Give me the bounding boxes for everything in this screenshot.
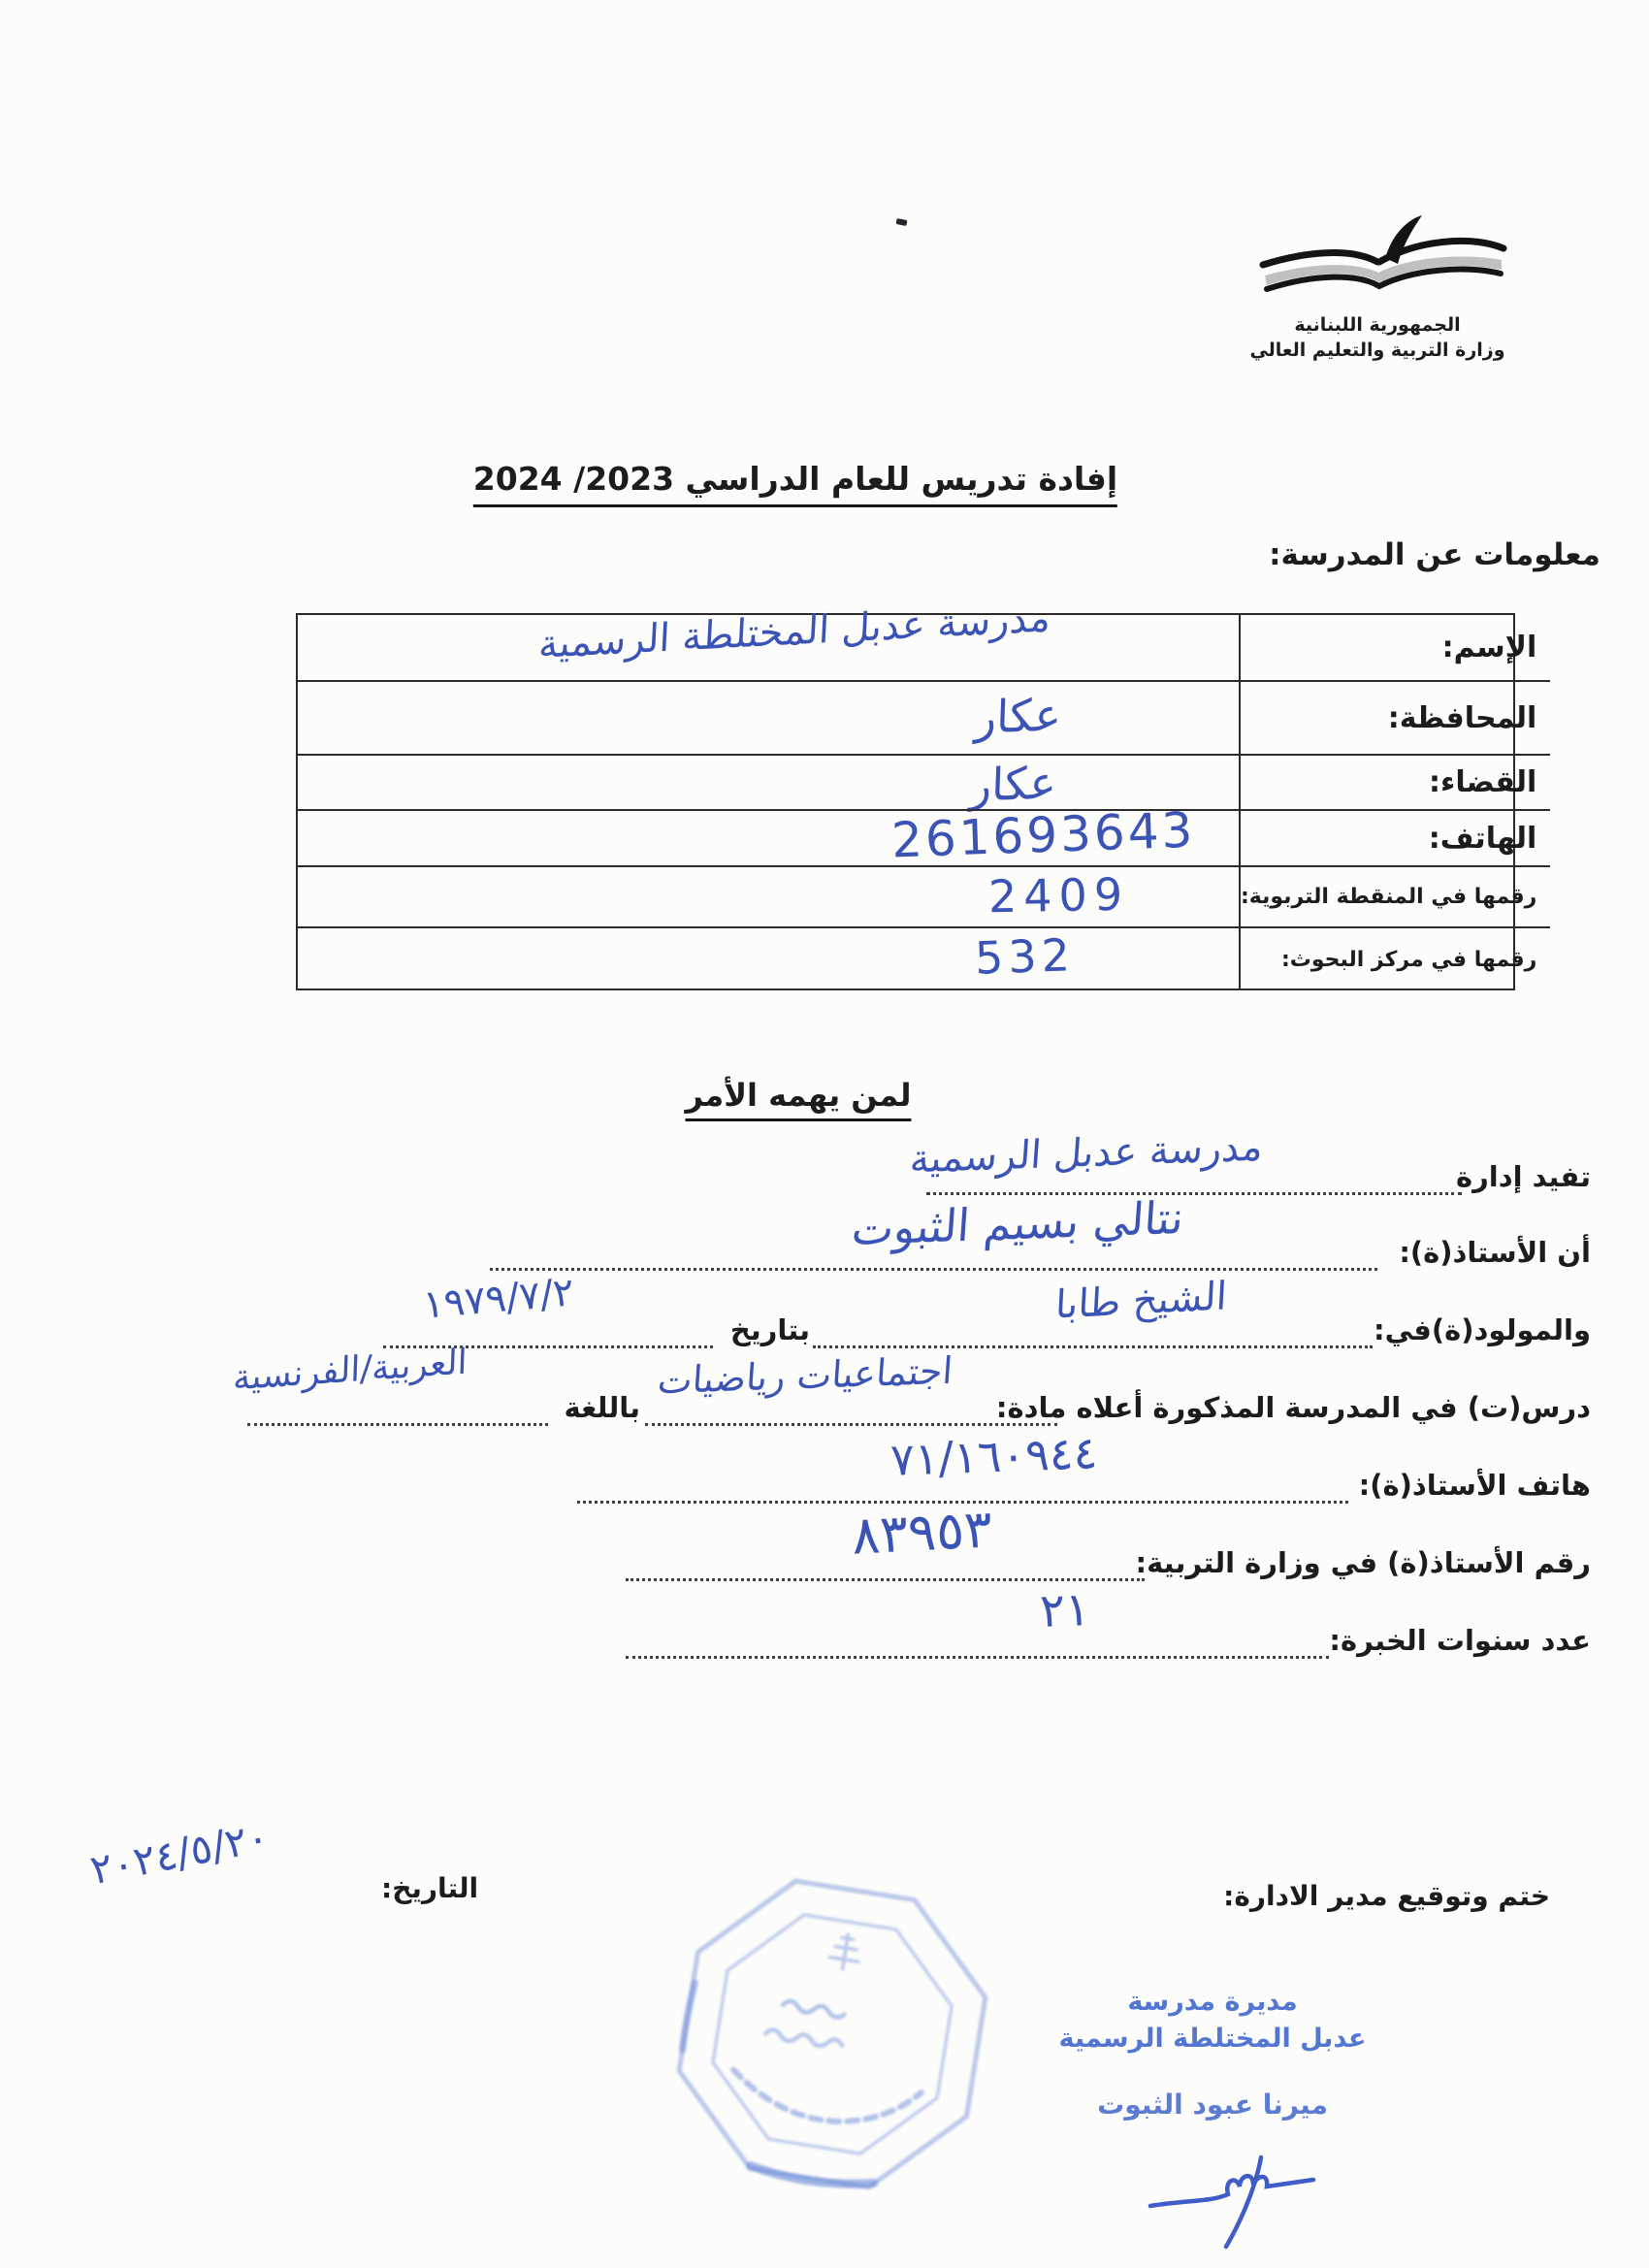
handwritten-research-number: 532 bbox=[974, 928, 1076, 985]
table-label-district: القضاء: bbox=[1239, 754, 1550, 809]
handwritten-birthplace: الشيخ طابا bbox=[1054, 1274, 1228, 1327]
handwritten-language: العربية/الفرنسية bbox=[233, 1342, 469, 1398]
table-value-name: مدرسة عدبل المختلطة الرسمية bbox=[298, 615, 1239, 680]
handwritten-experience-years: ٢١ bbox=[1039, 1582, 1090, 1638]
teacher-phone-label: هاتف الأستاذ(ة): bbox=[1359, 1469, 1591, 1502]
certifies-administration-label: تفيد إدارة bbox=[1456, 1160, 1591, 1193]
handwritten-date: ٢٠٢٤/٥/٢٠ bbox=[86, 1813, 273, 1895]
table-value-phone: 261693643 bbox=[298, 809, 1239, 865]
language-label: باللغة bbox=[565, 1391, 640, 1424]
handwritten-school-phone: 261693643 bbox=[890, 802, 1196, 869]
school-info-heading: معلومات عن المدرسة: bbox=[1269, 537, 1600, 572]
dotted-line bbox=[626, 1655, 1329, 1659]
to-whom-it-may-concern-heading: لمن يهمه الأمر bbox=[685, 1077, 911, 1121]
dotted-line bbox=[926, 1191, 1462, 1195]
ministry-number-label: رقم الأستاذ(ة) في وزارة التربية: bbox=[1135, 1546, 1591, 1579]
subject-taught-label: درس(ت) في المدرسة المذكورة أعلاه مادة: bbox=[996, 1391, 1591, 1424]
director-name: ميرنا عبود الثبوت bbox=[1097, 2089, 1328, 2121]
scanned-document-page: الجمهورية اللبنانية وزارة التربية والتعل… bbox=[0, 0, 1649, 2268]
table-label-research-number: رقمها في مركز البحوث: bbox=[1239, 926, 1550, 990]
document-title: إفادة تدريس للعام الدراسي 2023/ 2024 bbox=[473, 460, 1117, 507]
table-value-governorate: عكار bbox=[298, 680, 1239, 754]
handwritten-ministry-number: ٨٣٩٥٣ bbox=[850, 1498, 993, 1567]
dotted-line bbox=[490, 1267, 1377, 1271]
stamp-signature-label: ختم وتوقيع مدير الادارة: bbox=[1223, 1880, 1550, 1912]
table-value-research-number: 532 bbox=[298, 926, 1239, 990]
handwritten-subject: اجتماعيات رياضيات bbox=[657, 1349, 954, 1403]
date-label: التاريخ: bbox=[381, 1872, 478, 1904]
handwritten-teacher-phone: ٧١/١٦٠٩٤٤ bbox=[889, 1426, 1098, 1485]
ministry-name-line2: وزارة التربية والتعليم العالي bbox=[1249, 340, 1504, 361]
ink-speck bbox=[895, 218, 907, 226]
experience-years-label: عدد سنوات الخبرة: bbox=[1329, 1624, 1591, 1657]
teacher-name-label: أن الأستاذ(ة): bbox=[1399, 1236, 1591, 1269]
dotted-line bbox=[247, 1422, 548, 1426]
table-label-name: الإسم: bbox=[1239, 615, 1550, 680]
open-book-logo-icon bbox=[1251, 211, 1513, 318]
ministry-name-line1: الجمهورية اللبنانية bbox=[1294, 314, 1460, 336]
birthdate-label: بتاريخ bbox=[730, 1313, 810, 1346]
handwritten-administration-name: مدرسة عدبل الرسمية bbox=[908, 1125, 1264, 1183]
director-signature-icon bbox=[1143, 2146, 1327, 2252]
school-info-table: مدرسة عدبل المختلطة الرسمية الإسم: عكار … bbox=[296, 613, 1515, 990]
handwritten-school-name: مدرسة عدبل المختلطة الرسمية bbox=[537, 596, 1051, 667]
handwritten-district: عكار bbox=[969, 756, 1057, 811]
octagonal-school-stamp-icon bbox=[649, 1851, 1016, 2218]
handwritten-zone-number: 2409 bbox=[988, 868, 1130, 923]
table-label-governorate: المحافظة: bbox=[1239, 680, 1550, 754]
handwritten-teacher-name: نتالي بسيم الثبوت bbox=[850, 1191, 1185, 1255]
director-title-line1: مديرة مدرسة bbox=[1127, 1987, 1297, 2017]
table-value-district: عكار bbox=[298, 754, 1239, 809]
dotted-line bbox=[626, 1577, 1145, 1581]
dotted-line bbox=[813, 1345, 1373, 1348]
birthplace-label: والمولود(ة)في: bbox=[1374, 1313, 1591, 1346]
director-title-line2: عدبل المختلطة الرسمية bbox=[1059, 2024, 1367, 2054]
handwritten-governorate: عكار bbox=[974, 688, 1062, 743]
dotted-line bbox=[645, 1422, 1057, 1426]
table-label-zone-number: رقمها في المنقطة التربوية: bbox=[1239, 865, 1550, 926]
table-value-zone-number: 2409 bbox=[298, 865, 1239, 926]
table-label-phone: الهاتف: bbox=[1239, 809, 1550, 865]
handwritten-birthdate: ١٩٧٩/٧/٢ bbox=[421, 1270, 575, 1327]
